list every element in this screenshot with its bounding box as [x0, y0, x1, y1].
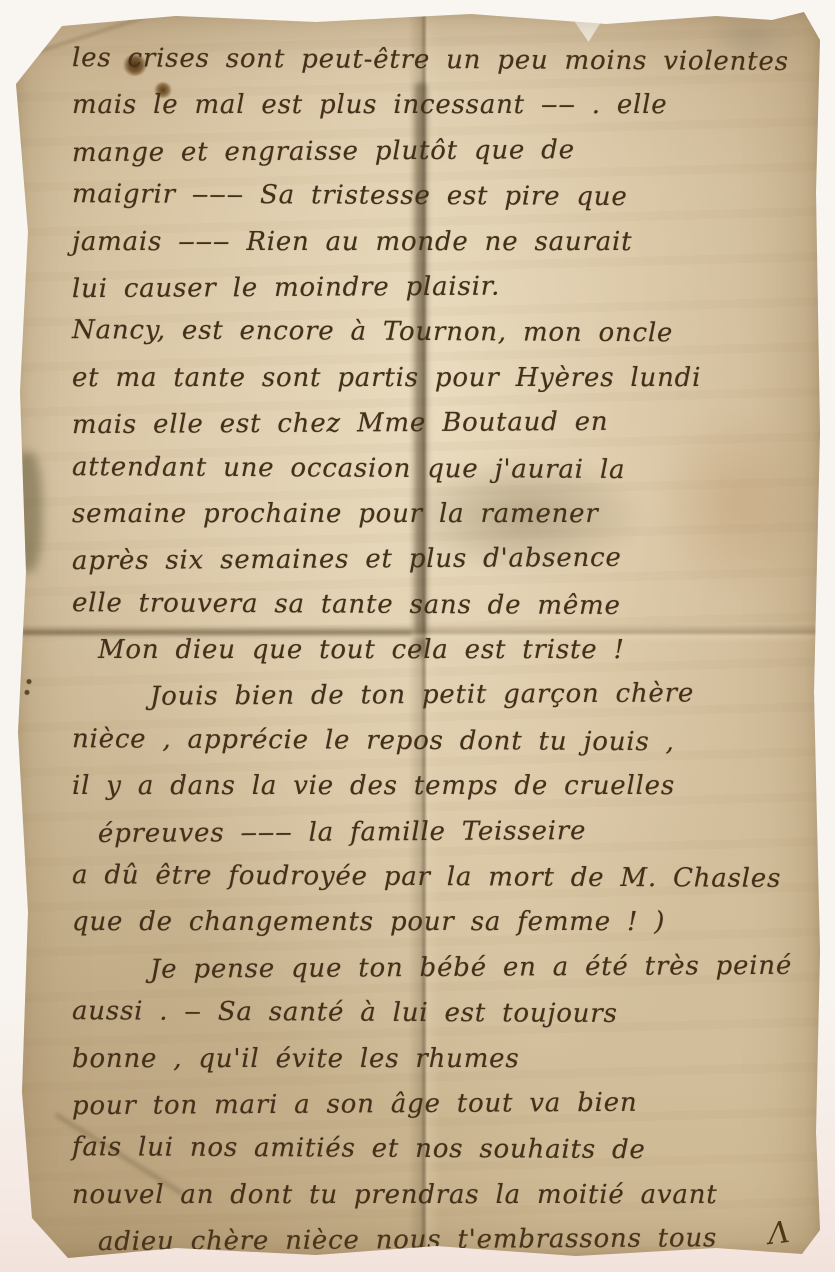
letter-line: lui causer le moindre plaisir. [50, 263, 806, 313]
letter-line: jamais ‒‒‒ Rien au monde ne saurait [50, 220, 806, 265]
letter-line: il y a dans la vie des temps de cruelles [50, 764, 806, 809]
letter-line: nouvel an dont tu prendras la moitié ava… [50, 1173, 806, 1218]
margin-ink-mark [24, 678, 34, 696]
letter-line: mais le mal est plus incessant ‒‒ . elle [50, 83, 806, 128]
letter-line: et ma tante sont partis pour Hyères lund… [50, 356, 806, 401]
letter-line: adieu chère nièce nous t'embrassons tous [50, 1216, 806, 1266]
letter-line: fais lui nos amitiés et nos souhaits de [50, 1125, 806, 1174]
letter-line: semaine prochaine pour la ramener [50, 492, 806, 537]
letter-line: épreuves ‒‒‒ la famille Teisseire [50, 807, 806, 857]
letter-line: mange et engraisse plutôt que de [50, 126, 806, 176]
letter-line: a dû être foudroyée par la mort de M. Ch… [50, 853, 806, 902]
letter-line: pour ton mari a son âge tout va bien [50, 1080, 806, 1130]
letter-page: les crises sont peut-être un peu moins v… [16, 12, 820, 1258]
letter-line: Je pense que ton bébé en a été très pein… [50, 944, 806, 994]
closing-flourish-mark: Λ [766, 1215, 791, 1252]
letter-line: les crises sont peut-être un peu moins v… [50, 36, 806, 85]
letter-line: que de changements pour sa femme ! ) [50, 900, 806, 945]
letter-line: mais elle est chez Mme Boutaud en [50, 399, 806, 449]
letter-line: nièce , apprécie le repos dont tu jouis … [50, 717, 806, 766]
letter-line: elle trouvera sa tante sans de même [50, 581, 806, 630]
letter-line: Nancy, est encore à Tournon, mon oncle [50, 308, 806, 357]
letter-line: maigrir ‒‒‒ Sa tristesse est pire que [50, 172, 806, 221]
letter-line: attendant une occasion que j'aurai la [50, 445, 806, 494]
letter-line: bonne , qu'il évite les rhumes [50, 1037, 806, 1082]
letter-line: Jouis bien de ton petit garçon chère [50, 671, 806, 721]
letter-line: Mon dieu que tout cela est triste ! [50, 628, 806, 673]
letter-line: après six semaines et plus d'absence [50, 535, 806, 585]
letter-line: aussi . ‒ Sa santé à lui est toujours [50, 989, 806, 1038]
edge-stain [12, 452, 42, 572]
letter-body: les crises sont peut-être un peu moins v… [50, 38, 806, 1254]
